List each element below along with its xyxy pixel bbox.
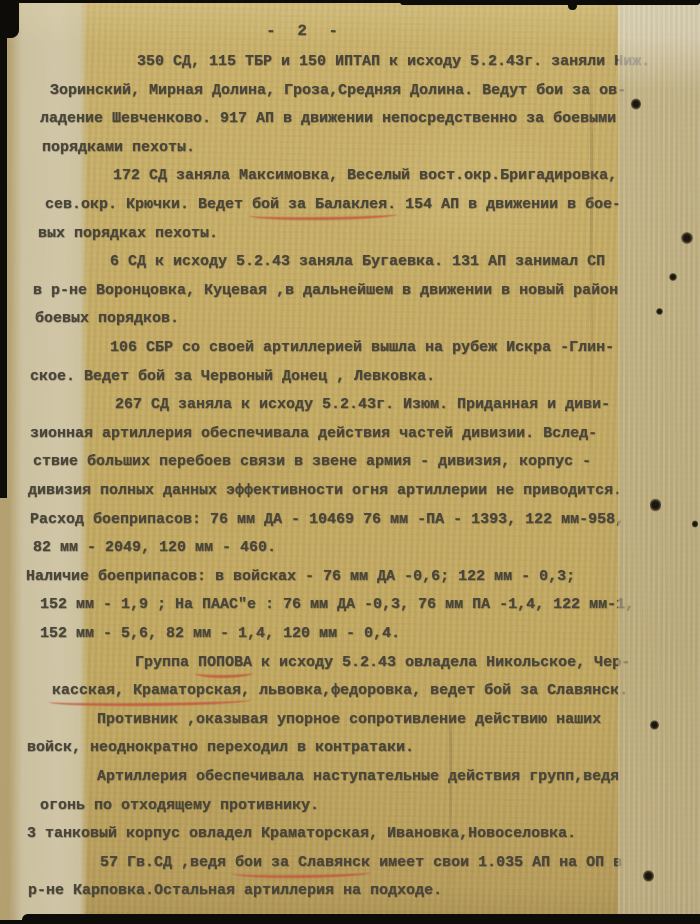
text-line: 3 танковый корпус овладел Краматорская, … — [27, 825, 576, 842]
text-line: Наличие боеприпасов: в войсках - 76 мм Д… — [26, 568, 575, 585]
text-line: 152 мм - 5,6, 82 мм - 1,4, 120 мм - 0,4. — [40, 625, 400, 642]
text-line: 152 мм - 1,9 ; На ПААС"е : 76 мм ДА -0,3… — [40, 596, 634, 613]
text-line: 6 СД к исходу 5.2.43 заняла Бугаевка. 13… — [110, 253, 605, 270]
text-line: 350 СД, 115 ТБР и 150 ИПТАП к исходу 5.2… — [137, 53, 650, 70]
text-line: р-не Карповка.Остальная артиллерия на по… — [28, 882, 442, 899]
text-line: 57 Гв.СД ,ведя бои за Славянск имеет сво… — [100, 854, 622, 871]
red-underline-annotation: ПОПОВА — [198, 654, 252, 671]
scanned-document-page: - 2 - 350 СД, 115 ТБР и 150 ИПТАП к исхо… — [0, 0, 700, 924]
text-line: вых порядках пехоты. — [38, 225, 218, 242]
text-line: 106 СБР со своей артиллерией вышла на ру… — [110, 339, 614, 356]
text-line: ское. Ведет бой за Червоный Донец , Левк… — [30, 368, 435, 385]
text-line: войск, неоднократно переходил в контрата… — [27, 739, 414, 756]
text-line: дивизия полных данных эффективности огня… — [28, 482, 622, 499]
text-line: 82 мм - 2049, 120 мм - 460. — [33, 539, 276, 556]
red-underline-annotation: бои за Славянск — [235, 854, 370, 871]
text-line: Противник ,оказывая упорное сопротивлени… — [97, 711, 601, 728]
text-line: касская, Краматорская, львовка,федоровка… — [52, 682, 628, 699]
text-line: 267 СД заняла к исходу 5.2.43г. Изюм. Пр… — [115, 396, 610, 413]
text-line: Расход боеприпасов: 76 мм ДА - 10469 76 … — [30, 511, 624, 528]
red-underline-annotation: бой за Балаклея. — [252, 196, 396, 213]
document-body: 350 СД, 115 ТБР и 150 ИПТАП к исходу 5.2… — [0, 0, 700, 924]
text-line: ствие больших перебоев связи в звене арм… — [33, 453, 591, 470]
text-line: 172 СД заняла Максимовка, Веселый вост.о… — [113, 167, 617, 184]
text-line: ладение Шевченково. 917 АП в движении не… — [40, 110, 616, 127]
text-line: огонь по отходящему противнику. — [40, 797, 319, 814]
text-line: зионная артиллерия обеспечивала действия… — [30, 425, 597, 442]
text-line: в р-не Воронцовка, Куцевая ,в дальнейшем… — [33, 282, 618, 299]
text-line: Зоринский, Мирная Долина, Гроза,Средняя … — [50, 82, 626, 99]
text-line: сев.окр. Крючки. Ведет бой за Балаклея. … — [45, 196, 621, 213]
red-underline-annotation: касская, Краматорская, — [52, 682, 250, 699]
text-line: порядками пехоты. — [42, 139, 195, 156]
text-line: Артиллерия обеспечивала наступательные д… — [97, 768, 619, 785]
text-line: Группа ПОПОВА к исходу 5.2.43 овладела Н… — [135, 654, 630, 671]
text-line: боевых порядков. — [35, 310, 179, 327]
